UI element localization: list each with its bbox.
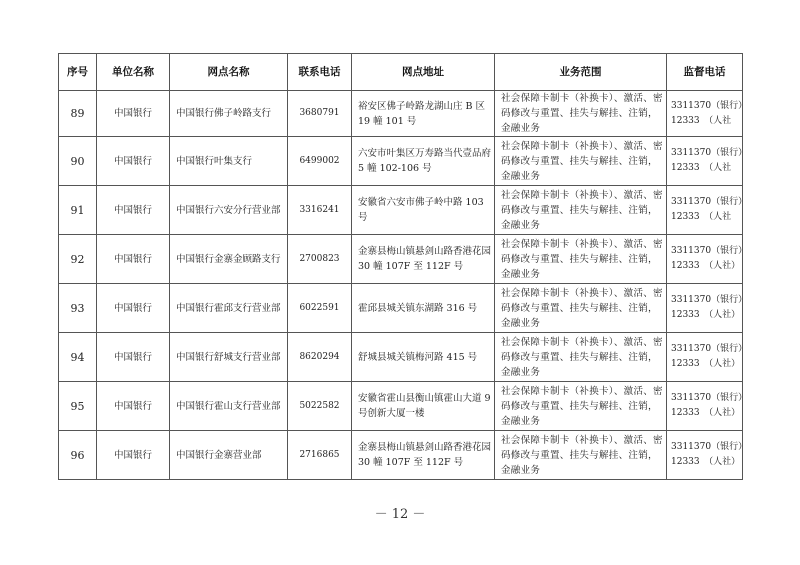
table-row: 94 中国银行 中国银行舒城支行营业部 8620294 舒城县城关镇梅河路 41… — [59, 333, 743, 382]
cell-phone: 5022582 — [288, 382, 352, 431]
branch-table: 序号 单位名称 网点名称 联系电话 网点地址 业务范围 监督电话 89 中国银行… — [58, 53, 743, 480]
cell-branch-name: 中国银行六安分行营业部 — [170, 186, 288, 235]
cell-phone: 3680791 — [288, 91, 352, 137]
supervise-hr: 12333 （人社 — [671, 114, 742, 129]
table-row: 95 中国银行 中国银行霍山支行营业部 5022582 安徽省霍山县衡山镇霍山大… — [59, 382, 743, 431]
cell-no: 95 — [59, 382, 97, 431]
cell-unit: 中国银行 — [97, 333, 170, 382]
table-row: 90 中国银行 中国银行叶集支行 6499002 六安市叶集区万寿路当代壹品府 … — [59, 137, 743, 186]
header-branch-name: 网点名称 — [170, 54, 288, 91]
cell-no: 90 — [59, 137, 97, 186]
cell-supervise-phone: 3311370（银行） 12333 （人社） — [667, 333, 743, 382]
supervise-hr: 12333 （人社） — [671, 308, 742, 323]
header-phone: 联系电话 — [288, 54, 352, 91]
supervise-hr: 12333 （人社） — [671, 406, 742, 421]
cell-no: 93 — [59, 284, 97, 333]
cell-scope: 社会保障卡制卡（补换卡）、激活、密码修改与重置、挂失与解挂、注销，金融业务 — [495, 91, 667, 137]
supervise-bank: 3311370（银行） — [671, 342, 742, 357]
header-scope: 业务范围 — [495, 54, 667, 91]
cell-phone: 2700823 — [288, 235, 352, 284]
cell-address: 安徽省六安市佛子岭中路 103 号 — [352, 186, 495, 235]
table-row: 93 中国银行 中国银行霍邱支行营业部 6022591 霍邱县城关镇东湖路 31… — [59, 284, 743, 333]
supervise-bank: 3311370（银行） — [671, 440, 742, 455]
cell-scope: 社会保障卡制卡（补换卡）、激活、密码修改与重置、挂失与解挂、注销，金融业务 — [495, 137, 667, 186]
supervise-hr: 12333 （人社） — [671, 455, 742, 470]
table-row: 96 中国银行 中国银行金寨营业部 2716865 金寨县梅山镇悬剑山路香港花园… — [59, 431, 743, 480]
cell-branch-name: 中国银行舒城支行营业部 — [170, 333, 288, 382]
cell-no: 92 — [59, 235, 97, 284]
supervise-hr: 12333 （人社） — [671, 259, 742, 274]
cell-scope: 社会保障卡制卡（补换卡）、激活、密码修改与重置、挂失与解挂、注销，金融业务 — [495, 333, 667, 382]
cell-scope: 社会保障卡制卡（补换卡）、激活、密码修改与重置、挂失与解挂、注销，金融业务 — [495, 235, 667, 284]
table-row: 89 中国银行 中国银行佛子岭路支行 3680791 裕安区佛子岭路龙湖山庄 B… — [59, 91, 743, 137]
supervise-hr: 12333 （人社） — [671, 357, 742, 372]
table-row: 91 中国银行 中国银行六安分行营业部 3316241 安徽省六安市佛子岭中路 … — [59, 186, 743, 235]
table-row: 92 中国银行 中国银行金寨金顾路支行 2700823 金寨县梅山镇悬剑山路香港… — [59, 235, 743, 284]
supervise-hr: 12333 （人社 — [671, 161, 742, 176]
cell-address: 六安市叶集区万寿路当代壹品府 5 幢 102-106 号 — [352, 137, 495, 186]
supervise-bank: 3311370（银行） — [671, 391, 742, 406]
cell-address: 舒城县城关镇梅河路 415 号 — [352, 333, 495, 382]
cell-phone: 6022591 — [288, 284, 352, 333]
cell-supervise-phone: 3311370（银行） 12333 （人社 — [667, 91, 743, 137]
cell-address: 金寨县梅山镇悬剑山路香港花园 30 幢 107F 至 112F 号 — [352, 235, 495, 284]
cell-scope: 社会保障卡制卡（补换卡）、激活、密码修改与重置、挂失与解挂、注销，金融业务 — [495, 284, 667, 333]
cell-supervise-phone: 3311370（银行） 12333 （人社 — [667, 186, 743, 235]
header-unit: 单位名称 — [97, 54, 170, 91]
header-address: 网点地址 — [352, 54, 495, 91]
supervise-bank: 3311370（银行） — [671, 244, 742, 259]
cell-unit: 中国银行 — [97, 91, 170, 137]
cell-supervise-phone: 3311370（银行） 12333 （人社 — [667, 137, 743, 186]
cell-scope: 社会保障卡制卡（补换卡）、激活、密码修改与重置、挂失与解挂、注销，金融业务 — [495, 382, 667, 431]
cell-branch-name: 中国银行金寨营业部 — [170, 431, 288, 480]
cell-unit: 中国银行 — [97, 284, 170, 333]
header-supervise-phone: 监督电话 — [667, 54, 743, 91]
cell-branch-name: 中国银行金寨金顾路支行 — [170, 235, 288, 284]
cell-unit: 中国银行 — [97, 137, 170, 186]
cell-no: 91 — [59, 186, 97, 235]
cell-address: 金寨县梅山镇悬剑山路香港花园 30 幢 107F 至 112F 号 — [352, 431, 495, 480]
supervise-hr: 12333 （人社 — [671, 210, 742, 225]
cell-address: 安徽省霍山县衡山镇霍山大道 9 号创新大厦一楼 — [352, 382, 495, 431]
cell-supervise-phone: 3311370（银行） 12333 （人社） — [667, 284, 743, 333]
header-no: 序号 — [59, 54, 97, 91]
cell-branch-name: 中国银行佛子岭路支行 — [170, 91, 288, 137]
cell-supervise-phone: 3311370（银行） 12333 （人社） — [667, 431, 743, 480]
cell-address: 霍邱县城关镇东湖路 316 号 — [352, 284, 495, 333]
supervise-bank: 3311370（银行） — [671, 293, 742, 308]
cell-unit: 中国银行 — [97, 186, 170, 235]
cell-supervise-phone: 3311370（银行） 12333 （人社） — [667, 382, 743, 431]
cell-scope: 社会保障卡制卡（补换卡）、激活、密码修改与重置、挂失与解挂、注销，金融业务 — [495, 186, 667, 235]
cell-branch-name: 中国银行霍山支行营业部 — [170, 382, 288, 431]
cell-unit: 中国银行 — [97, 431, 170, 480]
cell-unit: 中国银行 — [97, 235, 170, 284]
cell-scope: 社会保障卡制卡（补换卡）、激活、密码修改与重置、挂失与解挂、注销，金融业务 — [495, 431, 667, 480]
cell-no: 89 — [59, 91, 97, 137]
supervise-bank: 3311370（银行） — [671, 195, 742, 210]
cell-unit: 中国银行 — [97, 382, 170, 431]
cell-phone: 2716865 — [288, 431, 352, 480]
supervise-bank: 3311370（银行） — [671, 99, 742, 114]
cell-phone: 8620294 — [288, 333, 352, 382]
cell-no: 94 — [59, 333, 97, 382]
supervise-bank: 3311370（银行） — [671, 146, 742, 161]
cell-supervise-phone: 3311370（银行） 12333 （人社） — [667, 235, 743, 284]
cell-address: 裕安区佛子岭路龙湖山庄 B 区 19 幢 101 号 — [352, 91, 495, 137]
table-header-row: 序号 单位名称 网点名称 联系电话 网点地址 业务范围 监督电话 — [59, 54, 743, 91]
cell-branch-name: 中国银行霍邱支行营业部 — [170, 284, 288, 333]
cell-branch-name: 中国银行叶集支行 — [170, 137, 288, 186]
page-number: － 12 － — [0, 503, 800, 522]
cell-phone: 6499002 — [288, 137, 352, 186]
cell-phone: 3316241 — [288, 186, 352, 235]
cell-no: 96 — [59, 431, 97, 480]
